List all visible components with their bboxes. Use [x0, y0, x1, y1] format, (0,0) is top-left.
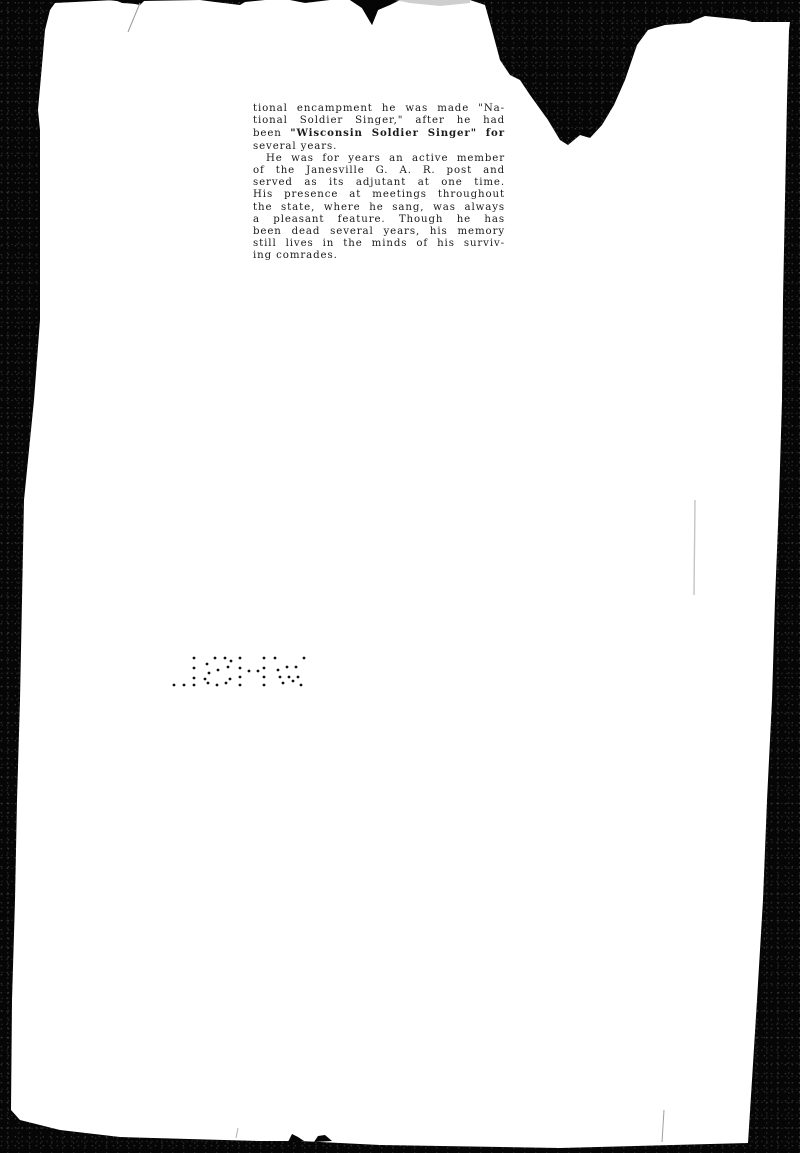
text-line: several years.	[253, 141, 505, 153]
article-text: tional encampment he was made "Na- tiona…	[253, 103, 505, 263]
article-paragraph-1: tional encampment he was made "Na- tiona…	[253, 103, 505, 153]
article-paragraph-2: He was for years an active member of the…	[253, 153, 505, 263]
text-line: served as its adjutant at one time.	[253, 177, 505, 189]
text-line: tional encampment he was made "Na-	[253, 103, 505, 115]
text-line-bold: been "Wisconsin Soldier Singer" for	[253, 127, 505, 140]
text-line: been dead several years, his memory	[253, 226, 505, 238]
text-line: a pleasant feature. Though he has	[253, 214, 505, 226]
text-line: tional Soldier Singer," after he had	[253, 115, 505, 127]
text-line: of the Janesville G. A. R. post and	[253, 165, 505, 177]
text-line: ing comrades.	[253, 250, 505, 262]
perforation-stamp	[170, 655, 315, 695]
text-line: the state, where he sang, was always	[253, 202, 505, 214]
text-line: still lives in the minds of his surviv-	[253, 238, 505, 250]
text-line: He was for years an active member	[253, 153, 505, 165]
text-line: His presence at meetings throughout	[253, 189, 505, 201]
